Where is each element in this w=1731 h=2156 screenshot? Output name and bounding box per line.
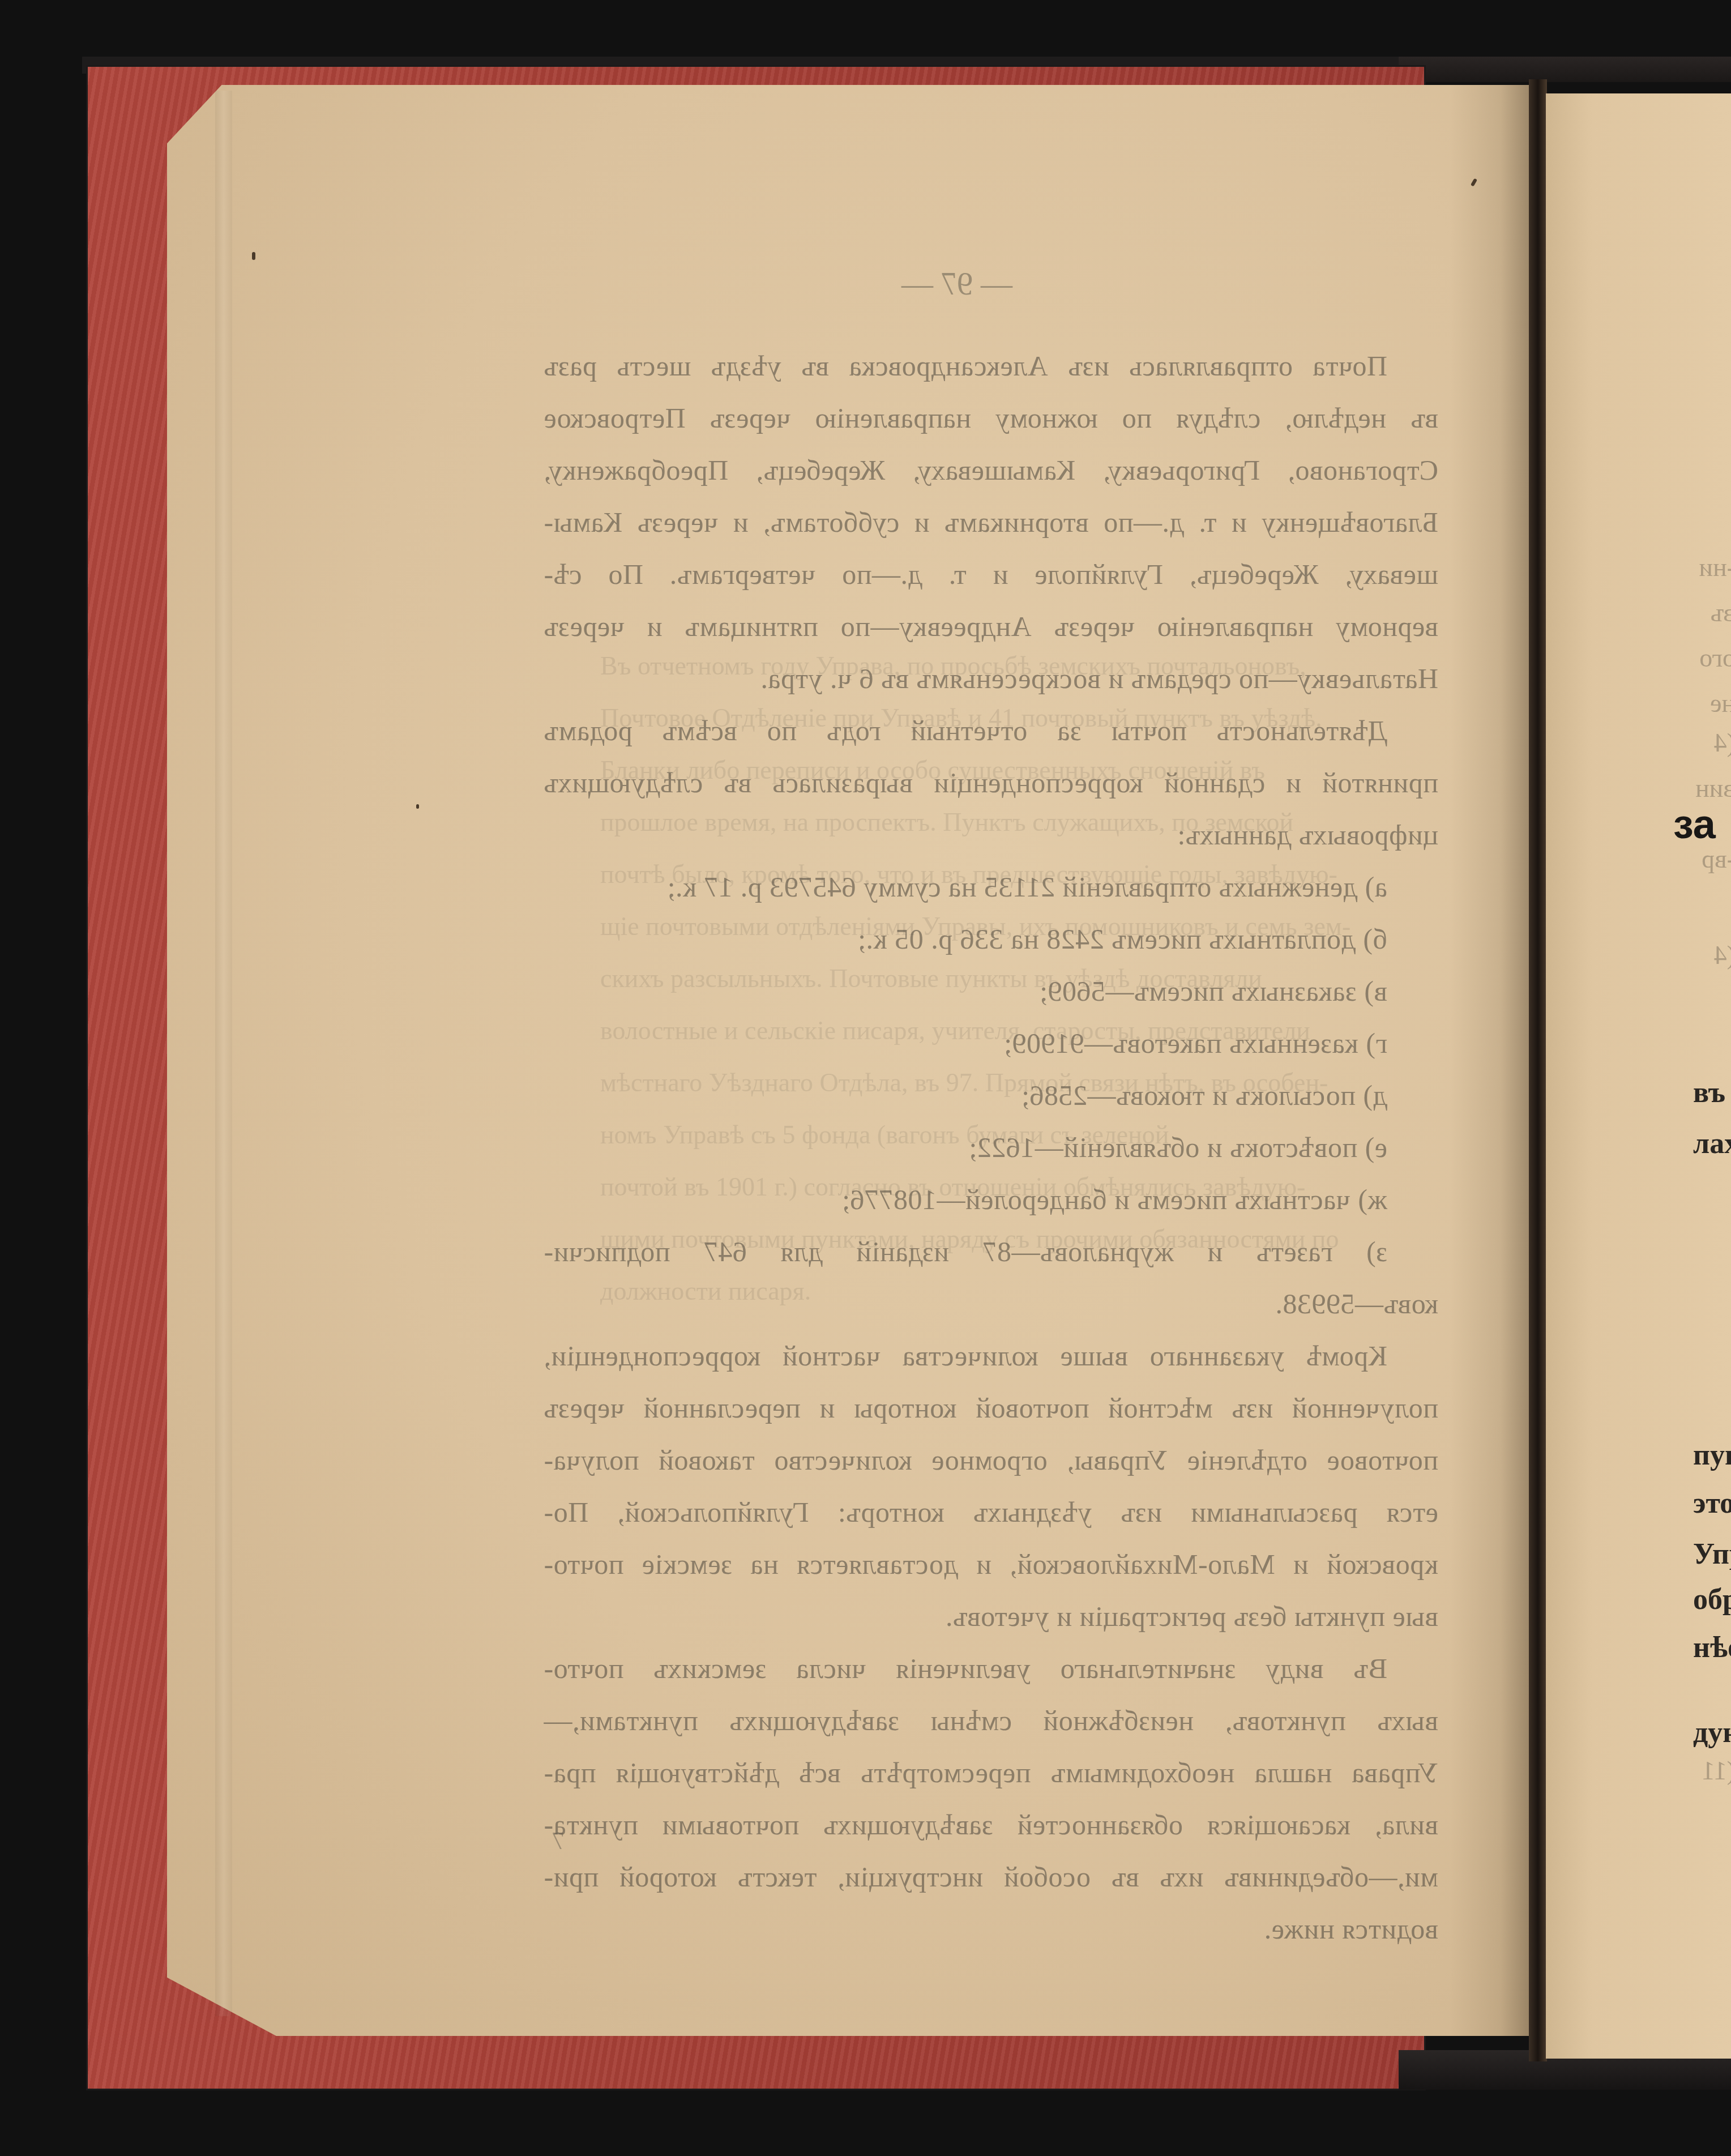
text-line: Благовѣщенку и т. д.—по вторникамъ и суб… [544,496,1438,548]
right-page-fragment: вин [1690,773,1731,803]
text-line: вила, касающіяся обязанностей завѣдующих… [544,1799,1438,1851]
right-page-fragment: (4 [1690,940,1731,970]
text-line: Кромѣ указаннаго выше количества частной… [544,1330,1438,1382]
text-line: Управа нашла необходимымъ пересмотрѣть в… [544,1747,1438,1799]
text-line: принятой и сданной корреспонденціи выраз… [544,757,1438,809]
text-line: кровской и Мало-Михайловской, и доставля… [544,1538,1438,1590]
list-item: з) газетъ и журналовъ—87 изданій для 647… [544,1226,1438,1278]
right-page-heading-fragment: за [1673,801,1716,848]
list-item: г) казенныхъ пакетовъ—91909; [544,1017,1438,1069]
right-page-fragment: не [1690,688,1731,718]
list-item: в) заказныхъ писемъ—5609; [544,965,1438,1017]
text-line: Почта отправлялась изъ Александровска въ… [544,340,1438,392]
right-page-fragment: пун [1693,1438,1731,1472]
text-line: Строганово, Григорьевку, Камышеваху, Жер… [544,444,1438,496]
text-line: почтовое отдѣленіе Управы, огромное коли… [544,1434,1438,1486]
text-line: водится ниже. [544,1903,1438,1955]
paper-speck [252,252,255,260]
text-line: вые пункты безъ регистраціи и учетовъ. [544,1590,1438,1642]
left-page-curl-shadow [1450,85,1535,2036]
list-item: а) денежныхъ отправленій 21135 на сумму … [544,861,1438,913]
right-page-fragment: этот [1693,1487,1731,1520]
paper-speck [416,804,419,809]
text-line: ется разсыльными изъ уѣздныхъ конторъ: Г… [544,1486,1438,1538]
right-page-fragment: ого [1690,643,1731,673]
list-item: д) посылокъ и тюковъ—2586; [544,1069,1438,1121]
right-page-fragment: -вр [1690,844,1731,874]
page-number: — 97 — [872,266,1042,302]
right-page-fragment: нѣе [1693,1631,1731,1664]
text-line: цифровыхъ данныхъ: [544,809,1438,861]
right-page-fragment: Упр [1693,1538,1731,1571]
list-item: е) повѣстокъ и объявленій—1622; [544,1121,1438,1173]
text-line: Натальевку—по средамъ и воскресеньямъ въ… [544,652,1438,705]
right-page-fragment: дую [1693,1716,1731,1749]
cover-right-top-edge [1399,57,1731,82]
text-line: въ недѣлю, слѣдуя по южному направленію … [544,392,1438,444]
right-page-fragment: обра [1693,1583,1731,1616]
right-page-fragment: -ни [1690,552,1731,582]
signature-mark: 7 [552,1826,565,1855]
text-line: выхъ пунктовъ, неизбѣжной смѣны завѣдующ… [544,1694,1438,1747]
list-item: б) доплатныхъ писемъ 2428 на 336 р. 05 к… [544,913,1438,965]
left-page-fold-line [215,91,232,2016]
list-item: ж) частныхъ писемъ и бандеролей—108776; [544,1173,1438,1226]
book-gutter [1529,79,1547,2061]
text-line: ковъ—59938. [544,1278,1438,1330]
text-line: шеваху, Жеребецъ, Гуляйполе и т. д.—по ч… [544,548,1438,600]
right-page-fragment: (11 [1690,1756,1731,1786]
right-page-fragment: въ [1693,1076,1731,1109]
mirrored-body-text: Почта отправлялась изъ Александровска въ… [544,340,1438,1955]
text-line: Дѣятельность почты за отчетный годъ по в… [544,705,1438,757]
text-line: Въ виду значительнаго увеличенія числа з… [544,1642,1438,1694]
text-line: ми,—объединивъ ихъ въ особой инструкціи,… [544,1851,1438,1903]
text-line: верному направленію черезъ Андреевку—по … [544,600,1438,652]
right-page-fragment: въ [1690,597,1731,627]
right-page-fragment: лах [1693,1127,1731,1160]
text-line: полученной изъ мѣстной почтовой конторы … [544,1382,1438,1434]
right-page-fragment: (4 [1690,728,1731,758]
